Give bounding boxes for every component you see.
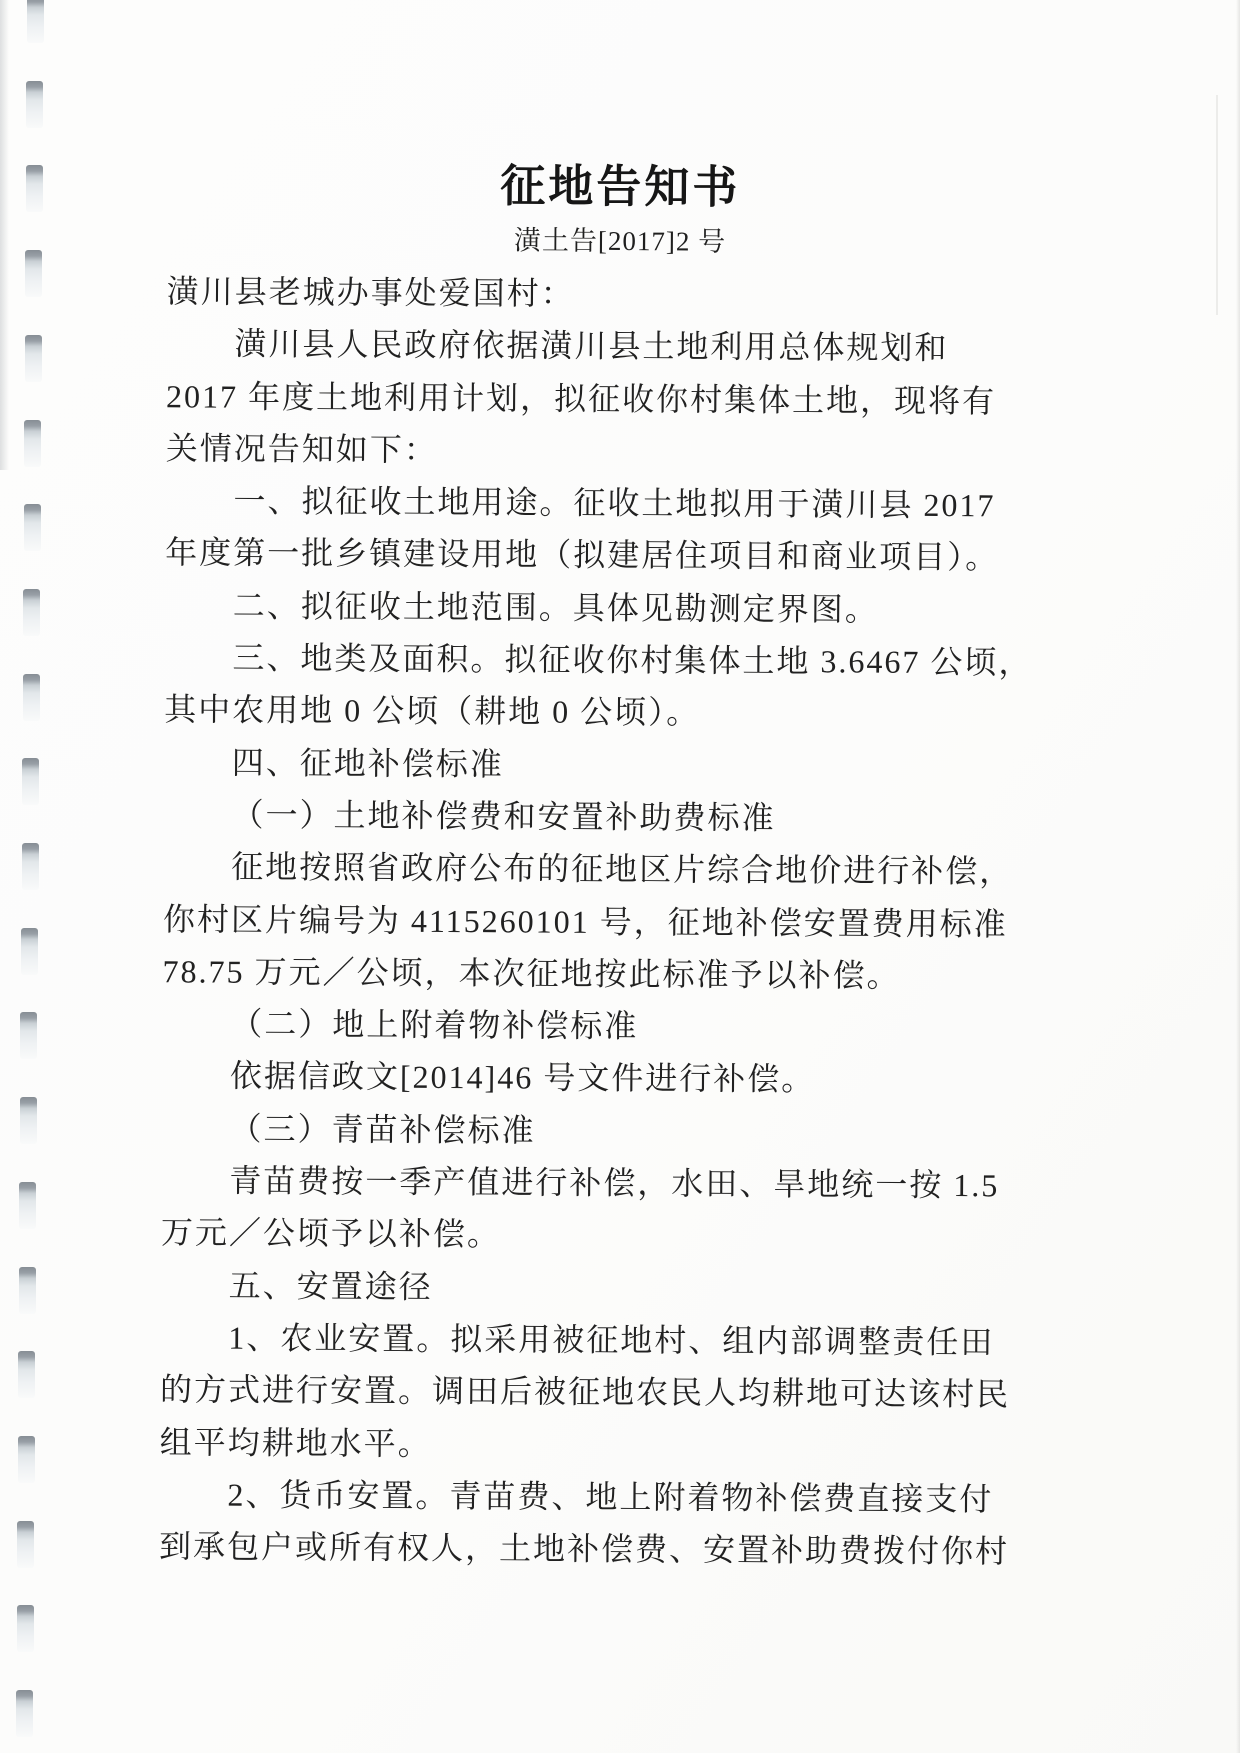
document-body: 潢川县人民政府依据潢川县土地利用总体规划和2017 年度土地利用计划，拟征收你村… xyxy=(159,318,957,1578)
text-line: 你村区片编号为 4115260101 号，征地补偿安置费用标准 xyxy=(163,893,953,950)
text-line: 其中农用地 0 公顷（耕地 0 公顷）。 xyxy=(164,684,954,741)
text-line: 潢川县人民政府依据潢川县土地利用总体规划和 xyxy=(166,318,956,375)
text-line: （一）土地补偿费和安置补助费标准 xyxy=(163,788,953,845)
text-line: 四、征地补偿标准 xyxy=(164,736,954,793)
text-line: 2017 年度土地利用计划，拟征收你村集体土地，现将有 xyxy=(166,370,956,427)
document-text-block: 潢川县老城办事处爱国村： 潢川县人民政府依据潢川县土地利用总体规划和2017 年… xyxy=(159,265,957,1577)
document-number: 潢土告[2017]2 号 xyxy=(0,215,1240,262)
text-line: 万元／公顷予以补偿。 xyxy=(161,1207,951,1264)
text-line: 到承包户或所有权人，土地补偿费、安置补助费拨付你村 xyxy=(159,1520,949,1577)
addressee-line: 潢川县老城办事处爱国村： xyxy=(167,265,957,322)
text-line: 依据信政文[2014]46 号文件进行补偿。 xyxy=(162,1050,952,1107)
text-line: 组平均耕地水平。 xyxy=(160,1416,950,1473)
document-title: 征地告知书 xyxy=(0,146,1240,219)
text-line: （二）地上附着物补偿标准 xyxy=(162,997,952,1054)
text-line: 关情况告知如下： xyxy=(166,422,956,479)
text-line: 青苗费按一季产值进行补偿，水田、旱地统一按 1.5 xyxy=(161,1154,951,1211)
text-line: （三）青苗补偿标准 xyxy=(161,1102,951,1159)
text-line: 年度第一批乡镇建设用地（拟建居住项目和商业项目）。 xyxy=(165,527,955,584)
text-line: 的方式进行安置。调田后被征地农民人均耕地可达该村民 xyxy=(160,1363,950,1420)
text-line: 三、地类及面积。拟征收你村集体土地 3.6467 公顷， xyxy=(164,631,954,688)
text-line: 征地按照省政府公布的征地区片综合地价进行补偿， xyxy=(163,840,953,897)
text-line: 1、农业安置。拟采用被征地村、组内部调整责任田 xyxy=(160,1311,950,1368)
text-line: 2、货币安置。青苗费、地上附着物补偿费直接支付 xyxy=(159,1468,949,1525)
text-line: 78.75 万元／公顷，本次征地按此标准予以补偿。 xyxy=(162,945,952,1002)
text-line: 五、安置途径 xyxy=(161,1259,951,1316)
text-line: 二、拟征收土地范围。具体见勘测定界图。 xyxy=(165,579,955,636)
document-content: 征地告知书 潢土告[2017]2 号 潢川县老城办事处爱国村： 潢川县人民政府依… xyxy=(0,0,1240,1753)
text-line: 一、拟征收土地用途。征收土地拟用于潢川县 2017 xyxy=(165,474,955,531)
scanned-page: 征地告知书 潢土告[2017]2 号 潢川县老城办事处爱国村： 潢川县人民政府依… xyxy=(0,0,1240,1753)
